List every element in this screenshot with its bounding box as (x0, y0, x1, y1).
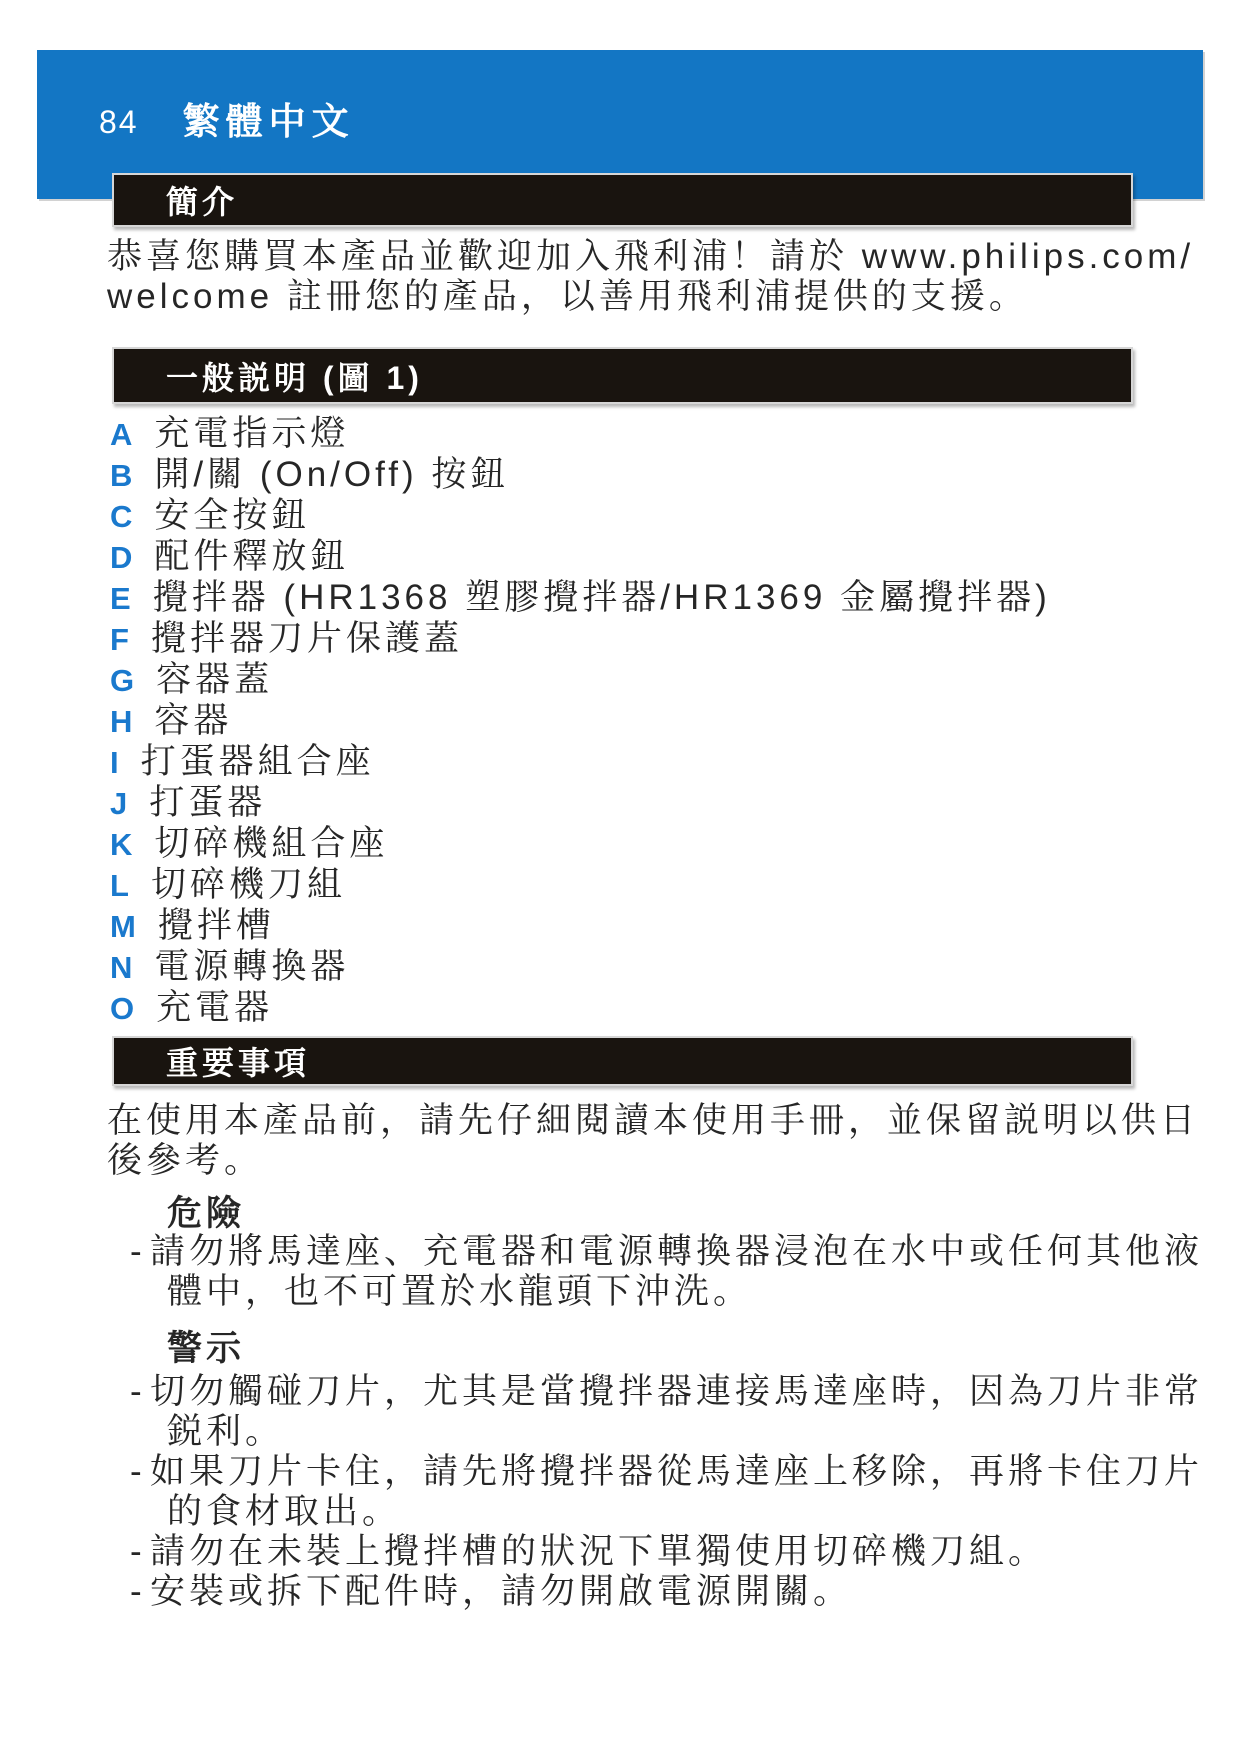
list-item: N電源轉換器 (110, 947, 1051, 988)
item-label: 充電指示燈 (154, 414, 349, 453)
item-letter: G (110, 663, 134, 698)
item-label: 電源轉換器 (154, 947, 349, 986)
bullet-line: -請勿在未裝上攪拌槽的狀況下單獨使用切碎機刀組。 (107, 1532, 1203, 1572)
item-label: 攪拌器刀片保護蓋 (151, 619, 463, 658)
item-label: 打蛋器 (149, 783, 266, 822)
parts-list: A充電指示燈 B開/關 (On/Off) 按鈕 C安全按鈕 D配件釋放鈕 E攪拌… (110, 414, 1051, 1029)
warning-bullet-list: -切勿觸碰刀片，尤其是當攪拌器連接馬達座時，因為刀片非常 鋭利。 -如果刀片卡住… (107, 1372, 1203, 1612)
bullet-item: -如果刀片卡住，請先將攪拌器從馬達座上移除，再將卡住刀片 的食材取出。 (107, 1452, 1203, 1532)
important-paragraph: 在使用本產品前，請先仔細閱讀本使用手冊，並保留説明以供日 後參考。 (107, 1101, 1199, 1181)
section-title-intro: 簡介 (114, 177, 238, 223)
danger-bullet-list: -請勿將馬達座、充電器和電源轉換器浸泡在水中或任何其他液 體中，也不可置於水龍頭… (107, 1232, 1203, 1312)
list-item: H容器 (110, 701, 1051, 742)
list-item: A充電指示燈 (110, 414, 1051, 455)
bullet-line: 的食材取出。 (107, 1492, 1203, 1532)
bullet-text: 請勿在未裝上攪拌槽的狀況下單獨使用切碎機刀組。 (150, 1532, 1047, 1571)
bullet-line: 體中，也不可置於水龍頭下沖洗。 (107, 1272, 1203, 1312)
item-label: 打蛋器組合座 (141, 742, 375, 781)
list-item: E攪拌器 (HR1368 塑膠攪拌器/HR1369 金屬攪拌器) (110, 578, 1051, 619)
list-item: G容器蓋 (110, 660, 1051, 701)
item-letter: L (110, 868, 129, 903)
section-bar-intro: 簡介 (112, 173, 1133, 227)
bullet-item: -安裝或拆下配件時，請勿開啟電源開關。 (107, 1572, 1203, 1612)
bullet-dash: - (130, 1532, 142, 1572)
danger-heading: 危險 (167, 1194, 245, 1234)
bullet-dash: - (130, 1452, 142, 1492)
paragraph-line: 恭喜您購買本產品並歡迎加入飛利浦！請於 www.philips.com/ (107, 237, 1194, 277)
item-letter: O (110, 991, 134, 1026)
item-label: 開/關 (On/Off) 按鈕 (154, 455, 509, 494)
bullet-dash: - (130, 1232, 142, 1272)
item-letter: E (110, 581, 131, 616)
bullet-dash: - (130, 1372, 142, 1412)
paragraph-line: welcome 註冊您的產品，以善用飛利浦提供的支援。 (107, 277, 1194, 317)
item-label: 切碎機刀組 (151, 865, 346, 904)
item-letter: A (110, 417, 132, 452)
bullet-line: -請勿將馬達座、充電器和電源轉換器浸泡在水中或任何其他液 (107, 1232, 1203, 1272)
list-item: J打蛋器 (110, 783, 1051, 824)
bullet-text: 切勿觸碰刀片，尤其是當攪拌器連接馬達座時，因為刀片非常 (150, 1372, 1203, 1411)
item-label: 攪拌槽 (158, 906, 275, 945)
section-title-important: 重要事項 (114, 1038, 310, 1084)
list-item: K切碎機組合座 (110, 824, 1051, 865)
bullet-line: -切勿觸碰刀片，尤其是當攪拌器連接馬達座時，因為刀片非常 (107, 1372, 1203, 1412)
section-bar-general-description: 一般説明 (圖 1) (112, 347, 1133, 404)
bullet-text: 請勿將馬達座、充電器和電源轉換器浸泡在水中或任何其他液 (150, 1232, 1203, 1271)
item-letter: M (110, 909, 136, 944)
bullet-item: -切勿觸碰刀片，尤其是當攪拌器連接馬達座時，因為刀片非常 鋭利。 (107, 1372, 1203, 1452)
item-label: 切碎機組合座 (154, 824, 388, 863)
list-item: O充電器 (110, 988, 1051, 1029)
bullet-line: -安裝或拆下配件時，請勿開啟電源開關。 (107, 1572, 1203, 1612)
item-letter: B (110, 458, 132, 493)
item-letter: K (110, 827, 132, 862)
item-letter: J (110, 786, 127, 821)
paragraph-line: 在使用本產品前，請先仔細閱讀本使用手冊，並保留説明以供日 (107, 1101, 1199, 1141)
item-label: 攪拌器 (HR1368 塑膠攪拌器/HR1369 金屬攪拌器) (153, 578, 1051, 617)
bullet-line: -如果刀片卡住，請先將攪拌器從馬達座上移除，再將卡住刀片 (107, 1452, 1203, 1492)
item-label: 容器蓋 (156, 660, 273, 699)
bullet-text: 如果刀片卡住，請先將攪拌器從馬達座上移除，再將卡住刀片 (150, 1452, 1203, 1491)
list-item: D配件釋放鈕 (110, 537, 1051, 578)
section-bar-important: 重要事項 (112, 1036, 1133, 1086)
warning-heading: 警示 (167, 1329, 245, 1369)
language-title: 繁體中文 (183, 103, 355, 146)
item-label: 配件釋放鈕 (154, 537, 349, 576)
item-label: 充電器 (156, 988, 273, 1027)
paragraph-line: 後參考。 (107, 1141, 1199, 1181)
item-letter: H (110, 704, 132, 739)
list-item: F攪拌器刀片保護蓋 (110, 619, 1051, 660)
bullet-line: 鋭利。 (107, 1412, 1203, 1452)
item-letter: C (110, 499, 132, 534)
bullet-text: 安裝或拆下配件時，請勿開啟電源開關。 (150, 1572, 852, 1611)
page-number: 84 (99, 106, 139, 144)
section-title-general-description: 一般説明 (圖 1) (114, 353, 423, 399)
item-letter: F (110, 622, 129, 657)
bullet-item: -請勿將馬達座、充電器和電源轉換器浸泡在水中或任何其他液 體中，也不可置於水龍頭… (107, 1232, 1203, 1312)
item-letter: I (110, 745, 119, 780)
item-label: 容器 (154, 701, 232, 740)
list-item: M攪拌槽 (110, 906, 1051, 947)
bullet-dash: - (130, 1572, 142, 1612)
intro-paragraph: 恭喜您購買本產品並歡迎加入飛利浦！請於 www.philips.com/ wel… (107, 237, 1194, 317)
list-item: I打蛋器組合座 (110, 742, 1051, 783)
item-label: 安全按鈕 (154, 496, 310, 535)
item-letter: D (110, 540, 132, 575)
list-item: C安全按鈕 (110, 496, 1051, 537)
list-item: L切碎機刀組 (110, 865, 1051, 906)
item-letter: N (110, 950, 132, 985)
bullet-item: -請勿在未裝上攪拌槽的狀況下單獨使用切碎機刀組。 (107, 1532, 1203, 1572)
list-item: B開/關 (On/Off) 按鈕 (110, 455, 1051, 496)
manual-page: 84 繁體中文 簡介 恭喜您購買本產品並歡迎加入飛利浦！請於 www.phili… (0, 0, 1241, 1754)
